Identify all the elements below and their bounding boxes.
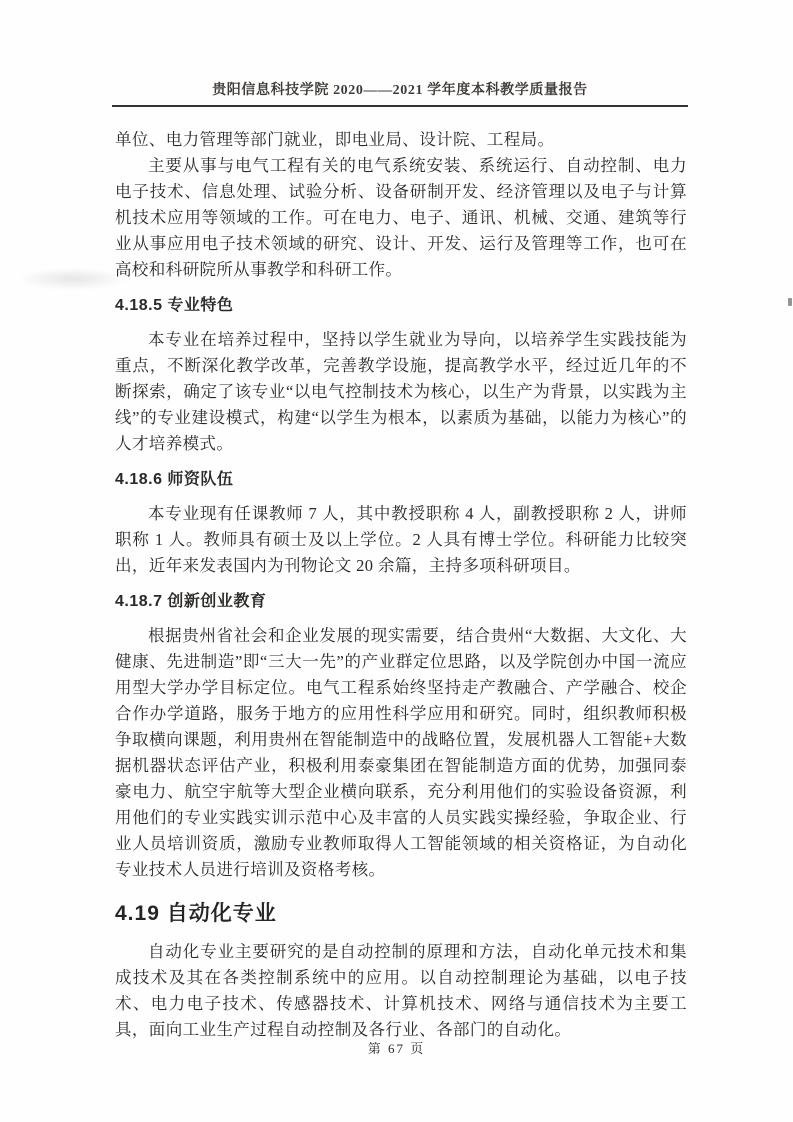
scan-speck — [788, 298, 792, 306]
paragraph-faculty: 本专业现有任课教师 7 人，其中教授职称 4 人，副教授职称 2 人，讲师职称 … — [115, 501, 687, 579]
running-header: 贵阳信息科技学院 2020——2021 学年度本科教学质量报告 — [112, 0, 688, 107]
paragraph-automation-major: 自动化专业主要研究的是自动控制的原理和方法，自动化单元技术和集成技术及其在各类控… — [115, 939, 687, 1043]
report-title: 贵阳信息科技学院 2020——2021 学年度本科教学质量报告 — [112, 82, 688, 100]
paragraph-innovation-education: 根据贵州省社会和企业发展的现实需要，结合贵州“大数据、大文化、大健康、先进制造”… — [115, 623, 687, 883]
page-body: 单位、电力管理等部门就业，即电业局、设计院、工程局。 主要从事与电气工程有关的电… — [115, 127, 687, 1043]
page-number: 第 67 页 — [0, 1038, 793, 1057]
header-rule — [112, 105, 688, 107]
paragraph-continuation: 单位、电力管理等部门就业，即电业局、设计院、工程局。 — [115, 127, 687, 153]
section-heading-4-19: 4.19 自动化专业 — [115, 899, 687, 929]
paragraph-major-features: 本专业在培养过程中，坚持以学生就业为导向，以培养学生实践技能为重点，不断深化教学… — [115, 327, 687, 457]
document-page: 贵阳信息科技学院 2020——2021 学年度本科教学质量报告 单位、电力管理等… — [0, 0, 793, 1122]
section-heading-4-18-5: 4.18.5 专业特色 — [115, 295, 687, 317]
section-heading-4-18-7: 4.18.7 创新创业教育 — [115, 591, 687, 613]
section-heading-4-18-6: 4.18.6 师资队伍 — [115, 469, 687, 491]
paragraph-career: 主要从事与电气工程有关的电气系统安装、系统运行、自动控制、电力电子技术、信息处理… — [115, 153, 687, 283]
scan-smudge — [18, 268, 128, 290]
